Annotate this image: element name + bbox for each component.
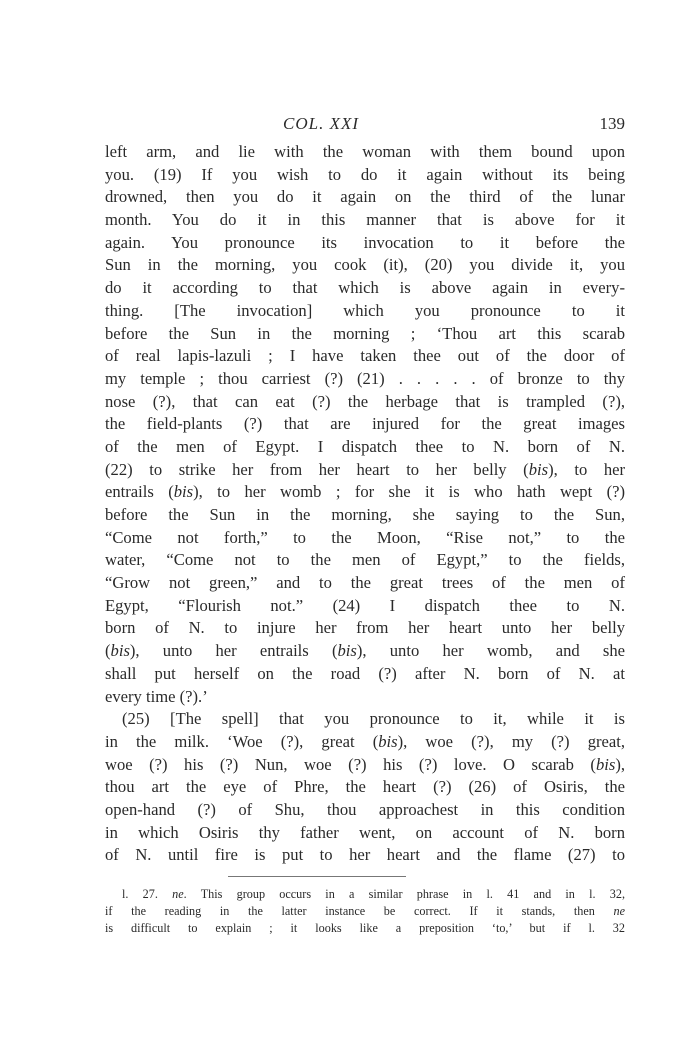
text-line: thou art the eye of Phre, the heart (?) … xyxy=(105,776,625,799)
footnote-divider xyxy=(228,876,406,877)
text-line: you. (19) If you wish to do it again wit… xyxy=(105,164,625,187)
text-line: every time (?).’ xyxy=(105,686,625,709)
text-line: (bis), unto her entrails (bis), unto her… xyxy=(105,640,625,663)
text-line: of the men of Egypt. I dispatch thee to … xyxy=(105,436,625,459)
footnotes: l. 27. ne. This group occurs in a simila… xyxy=(105,886,625,937)
text-line: before the Sun in the morning ; ‘Thou ar… xyxy=(105,323,625,346)
text-line: shall put herself on the road (?) after … xyxy=(105,663,625,686)
text-line: nose (?), that can eat (?) the herbage t… xyxy=(105,391,625,414)
text-line: (22) to strike her from her heart to her… xyxy=(105,459,625,482)
footnote-line: l. 27. ne. This group occurs in a simila… xyxy=(105,886,625,903)
text-line: of N. until fire is put to her heart and… xyxy=(105,844,625,867)
text-line: again. You pronounce its invocation to i… xyxy=(105,232,625,255)
text-line: in which Osiris thy father went, on acco… xyxy=(105,822,625,845)
text-line: left arm, and lie with the woman with th… xyxy=(105,141,625,164)
text-line: “Grow not green,” and to the great trees… xyxy=(105,572,625,595)
footnote-line: if the reading in the latter instance be… xyxy=(105,903,625,920)
text-line: of real lapis-lazuli ; I have taken thee… xyxy=(105,345,625,368)
page-number: 139 xyxy=(600,114,626,134)
text-line: Egypt, “Flourish not.” (24) I dispatch t… xyxy=(105,595,625,618)
text-line: my temple ; thou carriest (?) (21) . . .… xyxy=(105,368,625,391)
text-line: do it according to that which is above a… xyxy=(105,277,625,300)
text-line: month. You do it in this manner that is … xyxy=(105,209,625,232)
text-line: before the Sun in the morning, she sayin… xyxy=(105,504,625,527)
text-line: in the milk. ‘Woe (?), great (bis), woe … xyxy=(105,731,625,754)
text-line: water, “Come not to the men of Egypt,” t… xyxy=(105,549,625,572)
text-line: drowned, then you do it again on the thi… xyxy=(105,186,625,209)
text-line: the field-plants (?) that are injured fo… xyxy=(105,413,625,436)
text-line: thing. [The invocation] which you pronou… xyxy=(105,300,625,323)
text-line: “Come not forth,” to the Moon, “Rise not… xyxy=(105,527,625,550)
text-line: (25) [The spell] that you pronounce to i… xyxy=(105,708,625,731)
running-head: COL. XXI 139 xyxy=(105,114,625,136)
book-page: COL. XXI 139 left arm, and lie with the … xyxy=(0,0,689,1048)
footnote-line: is difficult to explain ; it looks like … xyxy=(105,920,625,937)
text-line: woe (?) his (?) Nun, woe (?) his (?) lov… xyxy=(105,754,625,777)
column-title: COL. XXI xyxy=(283,114,359,134)
text-line: Sun in the morning, you cook (it), (20) … xyxy=(105,254,625,277)
text-line: born of N. to injure her from her heart … xyxy=(105,617,625,640)
body-text: left arm, and lie with the woman with th… xyxy=(105,141,625,867)
text-line: entrails (bis), to her womb ; for she it… xyxy=(105,481,625,504)
text-line: open-hand (?) of Shu, thou approachest i… xyxy=(105,799,625,822)
